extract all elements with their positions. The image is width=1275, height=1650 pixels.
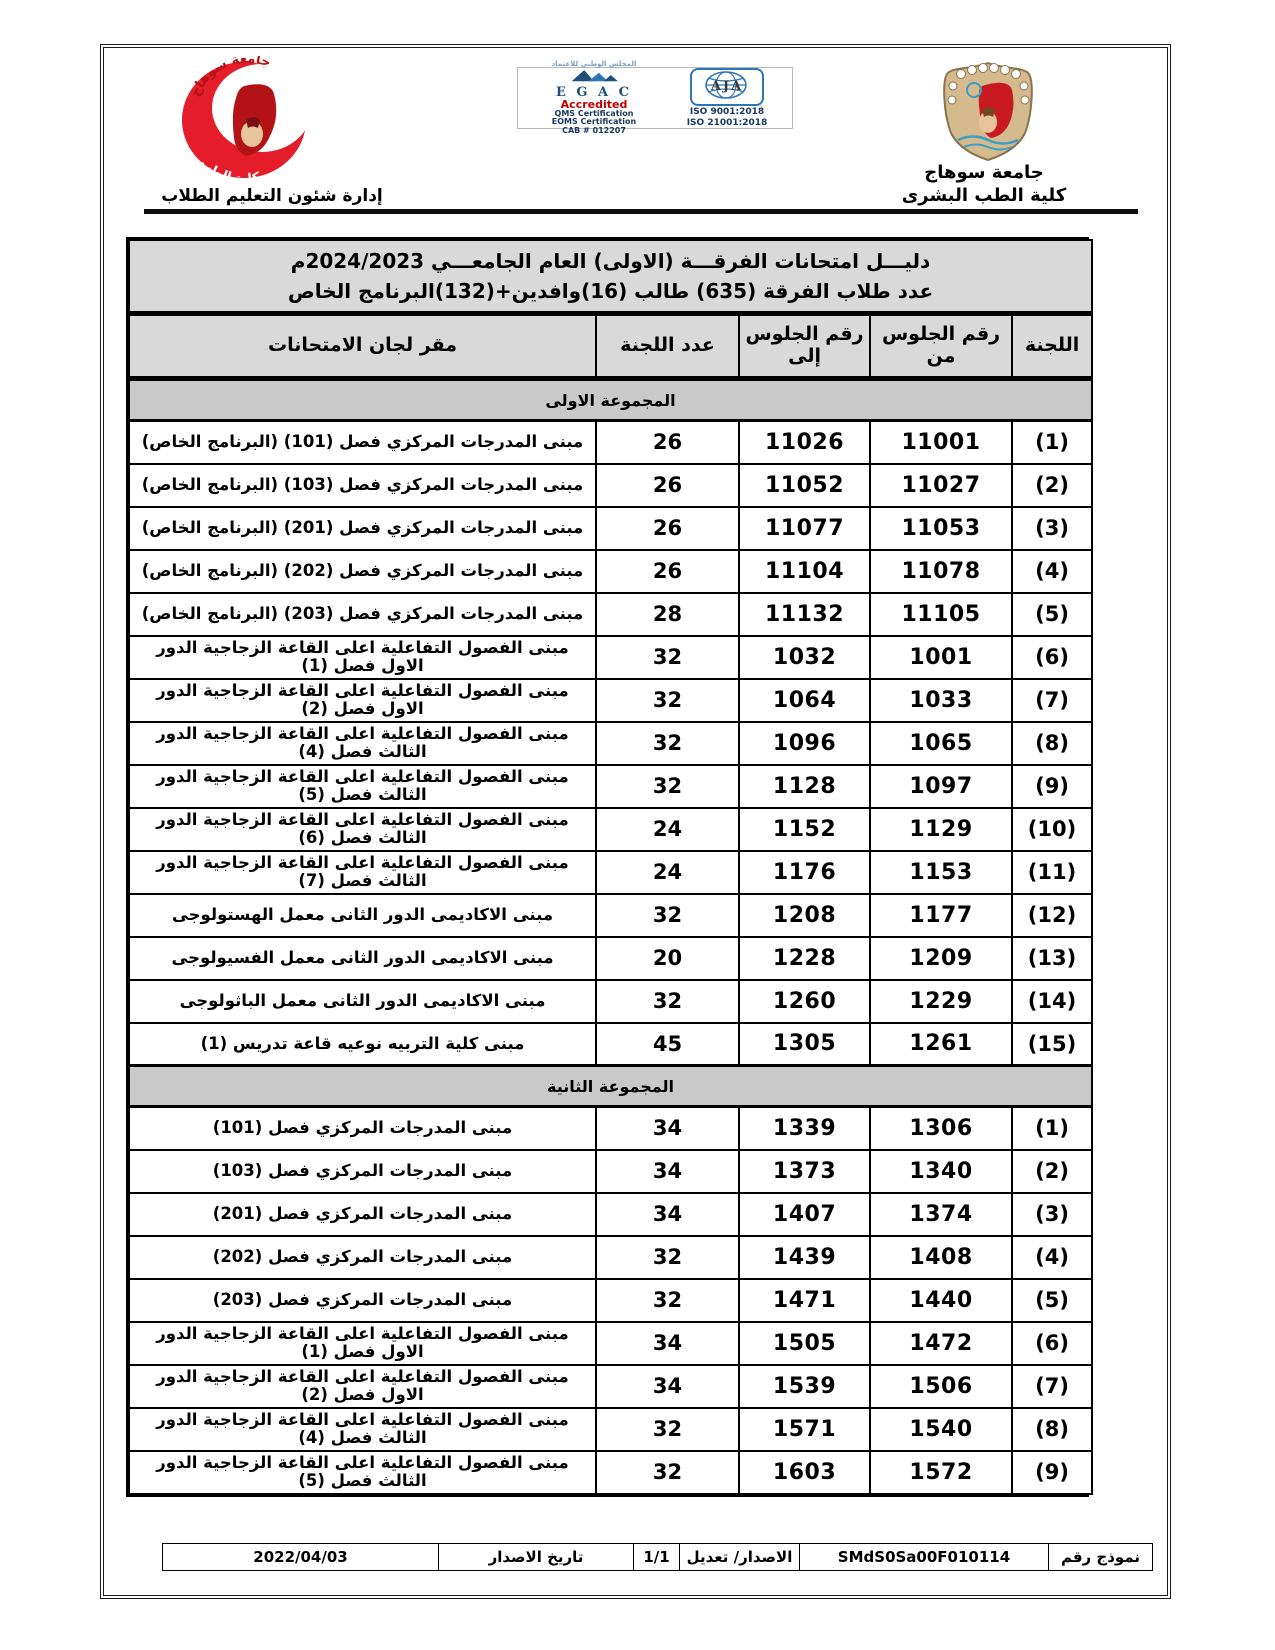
- count-cell: 32: [596, 894, 739, 937]
- seat-to-cell: 1032: [739, 636, 870, 679]
- col-committee: اللجنة: [1012, 314, 1092, 379]
- venue-cell: مبنى المدرجات المركزي فصل (101) (البرنام…: [129, 421, 596, 464]
- exam-guide-title: دليـــل امتحانات الفرقـــة (الاولى) العا…: [129, 240, 1092, 314]
- seat-from-cell: 1065: [870, 722, 1012, 765]
- exam-row: (2)1340137334مبنى المدرجات المركزي فصل (…: [129, 1150, 1092, 1193]
- committee-cell: (5): [1012, 1279, 1092, 1322]
- exam-row: (3)110531107726مبنى المدرجات المركزي فصل…: [129, 507, 1092, 550]
- seat-from-cell: 11053: [870, 507, 1012, 550]
- seat-to-cell: 1064: [739, 679, 870, 722]
- seat-from-cell: 1097: [870, 765, 1012, 808]
- col-venue: مقر لجان الامتحانات: [129, 314, 596, 379]
- accreditation-box: المجلس الوطني للاعتماد E G A C Accredite…: [517, 67, 793, 129]
- committee-cell: (1): [1012, 1107, 1092, 1150]
- venue-cell: مبنى كلية التربيه نوعيه قاعة تدريس (1): [129, 1023, 596, 1066]
- venue-cell: مبنى الفصول التفاعلية اعلى القاعة الزجاج…: [129, 679, 596, 722]
- exam-row: (11)1153117624مبنى الفصول التفاعلية اعلى…: [129, 851, 1092, 894]
- egac-logo: المجلس الوطني للاعتماد E G A C Accredite…: [524, 61, 664, 134]
- seat-to-cell: 1603: [739, 1451, 870, 1494]
- count-cell: 34: [596, 1365, 739, 1408]
- issue-label: الاصدار/ تعديل: [680, 1544, 800, 1571]
- committee-cell: (9): [1012, 765, 1092, 808]
- venue-cell: مبنى المدرجات المركزي فصل (202) (البرنام…: [129, 550, 596, 593]
- count-cell: 26: [596, 464, 739, 507]
- seat-to-cell: 1571: [739, 1408, 870, 1451]
- exam-row: (2)110271105226مبنى المدرجات المركزي فصل…: [129, 464, 1092, 507]
- committee-cell: (2): [1012, 464, 1092, 507]
- exam-row: (13)1209122820مبنى الاكاديمى الدور الثان…: [129, 937, 1092, 980]
- seat-to-cell: 1096: [739, 722, 870, 765]
- venue-cell: مبنى الاكاديمى الدور الثانى معمل الباثول…: [129, 980, 596, 1023]
- university-shield-logo-icon: [936, 60, 1040, 162]
- venue-cell: مبنى الفصول التفاعلية اعلى القاعة الزجاج…: [129, 851, 596, 894]
- document-page: { "header": { "department_label": "إدارة…: [0, 0, 1275, 1650]
- exam-row: (4)110781110426مبنى المدرجات المركزي فصل…: [129, 550, 1092, 593]
- university-text-block: جامعة سوهاج كلية الطب البشرى: [864, 162, 1104, 207]
- committee-cell: (14): [1012, 980, 1092, 1023]
- venue-cell: مبنى المدرجات المركزي فصل (201) (البرنام…: [129, 507, 596, 550]
- title-line1: دليـــل امتحانات الفرقـــة (الاولى) العا…: [133, 246, 1088, 276]
- seat-to-cell: 1439: [739, 1236, 870, 1279]
- committee-cell: (10): [1012, 808, 1092, 851]
- page-frame-inner: جامعة سوهاج كلية الطب إدارة شئون التعليم…: [103, 47, 1168, 1596]
- committee-cell: (1): [1012, 421, 1092, 464]
- exam-row: (3)1374140734مبنى المدرجات المركزي فصل (…: [129, 1193, 1092, 1236]
- seat-to-cell: 1176: [739, 851, 870, 894]
- group-title: المجموعة الاولى: [129, 379, 1092, 421]
- committee-cell: (8): [1012, 1408, 1092, 1451]
- committee-cell: (3): [1012, 507, 1092, 550]
- aja-name: AJA: [692, 80, 762, 94]
- venue-cell: مبنى الاكاديمى الدور الثانى معمل الفسيول…: [129, 937, 596, 980]
- aja-iso-line1: ISO 9001:2018: [668, 108, 786, 117]
- exam-row: (5)111051113228مبنى المدرجات المركزي فصل…: [129, 593, 1092, 636]
- seat-to-cell: 11052: [739, 464, 870, 507]
- venue-cell: مبنى المدرجات المركزي فصل (203): [129, 1279, 596, 1322]
- venue-cell: مبنى المدرجات المركزي فصل (101): [129, 1107, 596, 1150]
- committee-cell: (12): [1012, 894, 1092, 937]
- venue-cell: مبنى الفصول التفاعلية اعلى القاعة الزجاج…: [129, 1408, 596, 1451]
- count-cell: 32: [596, 1236, 739, 1279]
- committee-cell: (11): [1012, 851, 1092, 894]
- venue-cell: مبنى المدرجات المركزي فصل (103) (البرنام…: [129, 464, 596, 507]
- seat-to-cell: 1260: [739, 980, 870, 1023]
- venue-cell: مبنى المدرجات المركزي فصل (203) (البرنام…: [129, 593, 596, 636]
- egac-cert-line3: CAB # 012207: [524, 127, 664, 135]
- seat-to-cell: 11077: [739, 507, 870, 550]
- committee-cell: (9): [1012, 1451, 1092, 1494]
- header-divider: [144, 209, 1138, 214]
- title-line2: عدد طلاب الفرقة (635) طالب (16)وافدين+(1…: [133, 276, 1088, 306]
- seat-from-cell: 1540: [870, 1408, 1012, 1451]
- seat-to-cell: 11026: [739, 421, 870, 464]
- exam-row: (9)1097112832مبنى الفصول التفاعلية اعلى …: [129, 765, 1092, 808]
- exam-row: (7)1506153934مبنى الفصول التفاعلية اعلى …: [129, 1365, 1092, 1408]
- aja-logo: AJA ISO 9001:2018 ISO 21001:2018: [668, 68, 786, 129]
- faculty-crescent-logo-icon: جامعة سوهاج كلية الطب: [166, 56, 336, 184]
- venue-cell: مبنى المدرجات المركزي فصل (202): [129, 1236, 596, 1279]
- committee-cell: (4): [1012, 1236, 1092, 1279]
- seat-from-cell: 1229: [870, 980, 1012, 1023]
- seat-from-cell: 1129: [870, 808, 1012, 851]
- exam-guide-title-row: دليـــل امتحانات الفرقـــة (الاولى) العا…: [129, 240, 1092, 314]
- seat-from-cell: 1177: [870, 894, 1012, 937]
- seat-to-cell: 1373: [739, 1150, 870, 1193]
- issue-date-value: 2022/04/03: [163, 1544, 439, 1571]
- count-cell: 32: [596, 722, 739, 765]
- committee-cell: (7): [1012, 679, 1092, 722]
- venue-cell: مبنى الفصول التفاعلية اعلى القاعة الزجاج…: [129, 765, 596, 808]
- form-footer: نموذج رقم SMdS0Sa00F010114 الاصدار/ تعدي…: [162, 1543, 1153, 1571]
- venue-cell: مبنى الفصول التفاعلية اعلى القاعة الزجاج…: [129, 1451, 596, 1494]
- seat-to-cell: 1339: [739, 1107, 870, 1150]
- committee-cell: (13): [1012, 937, 1092, 980]
- seat-from-cell: 11027: [870, 464, 1012, 507]
- seat-to-cell: 1471: [739, 1279, 870, 1322]
- count-cell: 32: [596, 636, 739, 679]
- count-cell: 26: [596, 507, 739, 550]
- committee-cell: (5): [1012, 593, 1092, 636]
- count-cell: 45: [596, 1023, 739, 1066]
- column-header-row: اللجنة رقم الجلوس من رقم الجلوس إلى عدد …: [129, 314, 1092, 379]
- exam-table-body: المجموعة الاولى(1)110011102626مبنى المدر…: [129, 379, 1092, 1494]
- venue-cell: مبنى المدرجات المركزي فصل (103): [129, 1150, 596, 1193]
- committee-cell: (15): [1012, 1023, 1092, 1066]
- venue-cell: مبنى الفصول التفاعلية اعلى القاعة الزجاج…: [129, 808, 596, 851]
- seat-to-cell: 1305: [739, 1023, 870, 1066]
- venue-cell: مبنى الفصول التفاعلية اعلى القاعة الزجاج…: [129, 1365, 596, 1408]
- count-cell: 24: [596, 808, 739, 851]
- egac-arabic-tagline: المجلس الوطني للاعتماد: [524, 61, 664, 68]
- col-count: عدد اللجنة: [596, 314, 739, 379]
- exam-row: (4)1408143932مبنى المدرجات المركزي فصل (…: [129, 1236, 1092, 1279]
- seat-to-cell: 1505: [739, 1322, 870, 1365]
- exam-schedule-table: دليـــل امتحانات الفرقـــة (الاولى) العا…: [128, 239, 1093, 1495]
- committee-cell: (2): [1012, 1150, 1092, 1193]
- seat-from-cell: 1340: [870, 1150, 1012, 1193]
- faculty-name: كلية الطب البشرى: [864, 185, 1104, 208]
- count-cell: 26: [596, 421, 739, 464]
- committee-cell: (3): [1012, 1193, 1092, 1236]
- seat-to-cell: 11132: [739, 593, 870, 636]
- seat-to-cell: 1539: [739, 1365, 870, 1408]
- count-cell: 32: [596, 980, 739, 1023]
- exam-row: (5)1440147132مبنى المدرجات المركزي فصل (…: [129, 1279, 1092, 1322]
- col-seat-from: رقم الجلوس من: [870, 314, 1012, 379]
- group-title: المجموعة الثانية: [129, 1066, 1092, 1107]
- count-cell: 32: [596, 1279, 739, 1322]
- committee-cell: (6): [1012, 1322, 1092, 1365]
- count-cell: 34: [596, 1193, 739, 1236]
- form-no-label: نموذج رقم: [1049, 1544, 1153, 1571]
- seat-to-cell: 1152: [739, 808, 870, 851]
- exam-row: (10)1129115224مبنى الفصول التفاعلية اعلى…: [129, 808, 1092, 851]
- exam-row: (12)1177120832مبنى الاكاديمى الدور الثان…: [129, 894, 1092, 937]
- seat-from-cell: 1472: [870, 1322, 1012, 1365]
- university-name: جامعة سوهاج: [864, 162, 1104, 185]
- venue-cell: مبنى الاكاديمى الدور الثانى معمل الهستول…: [129, 894, 596, 937]
- venue-cell: مبنى الفصول التفاعلية اعلى القاعة الزجاج…: [129, 1322, 596, 1365]
- exam-row: (15)1261130545مبنى كلية التربيه نوعيه قا…: [129, 1023, 1092, 1066]
- venue-cell: مبنى الفصول التفاعلية اعلى القاعة الزجاج…: [129, 722, 596, 765]
- count-cell: 32: [596, 765, 739, 808]
- seat-from-cell: 1033: [870, 679, 1012, 722]
- seat-from-cell: 1209: [870, 937, 1012, 980]
- seat-to-cell: 1228: [739, 937, 870, 980]
- page-frame: جامعة سوهاج كلية الطب إدارة شئون التعليم…: [100, 44, 1171, 1599]
- egac-name: E G A C: [524, 86, 664, 99]
- seat-from-cell: 1506: [870, 1365, 1012, 1408]
- committee-cell: (4): [1012, 550, 1092, 593]
- aja-iso-line2: ISO 21001:2018: [668, 119, 786, 128]
- exam-row: (14)1229126032مبنى الاكاديمى الدور الثان…: [129, 980, 1092, 1023]
- group-header-row: المجموعة الثانية: [129, 1066, 1092, 1107]
- egac-mountains-icon: [566, 68, 622, 82]
- count-cell: 26: [596, 550, 739, 593]
- exam-row: (1)1306133934مبنى المدرجات المركزي فصل (…: [129, 1107, 1092, 1150]
- seat-to-cell: 11104: [739, 550, 870, 593]
- exam-table-frame: دليـــل امتحانات الفرقـــة (الاولى) العا…: [126, 237, 1089, 1497]
- group-header-row: المجموعة الاولى: [129, 379, 1092, 421]
- seat-from-cell: 11078: [870, 550, 1012, 593]
- committee-cell: (8): [1012, 722, 1092, 765]
- seat-from-cell: 1153: [870, 851, 1012, 894]
- exam-row: (6)1472150534مبنى الفصول التفاعلية اعلى …: [129, 1322, 1092, 1365]
- exam-row: (9)1572160332مبنى الفصول التفاعلية اعلى …: [129, 1451, 1092, 1494]
- committee-cell: (7): [1012, 1365, 1092, 1408]
- exam-row: (8)1065109632مبنى الفصول التفاعلية اعلى …: [129, 722, 1092, 765]
- exam-row: (1)110011102626مبنى المدرجات المركزي فصل…: [129, 421, 1092, 464]
- form-footer-table: نموذج رقم SMdS0Sa00F010114 الاصدار/ تعدي…: [162, 1543, 1153, 1571]
- issue-date-label: تاريخ الاصدار: [439, 1544, 634, 1571]
- seat-to-cell: 1208: [739, 894, 870, 937]
- seat-to-cell: 1407: [739, 1193, 870, 1236]
- seat-from-cell: 1374: [870, 1193, 1012, 1236]
- issue-value: 1/1: [634, 1544, 680, 1571]
- exam-row: (7)1033106432مبنى الفصول التفاعلية اعلى …: [129, 679, 1092, 722]
- count-cell: 34: [596, 1107, 739, 1150]
- department-label: إدارة شئون التعليم الطلاب: [152, 186, 392, 206]
- exam-row: (6)1001103232مبنى الفصول التفاعلية اعلى …: [129, 636, 1092, 679]
- exam-row: (8)1540157132مبنى الفصول التفاعلية اعلى …: [129, 1408, 1092, 1451]
- col-seat-to: رقم الجلوس إلى: [739, 314, 870, 379]
- count-cell: 28: [596, 593, 739, 636]
- seat-to-cell: 1128: [739, 765, 870, 808]
- count-cell: 24: [596, 851, 739, 894]
- seat-from-cell: 11001: [870, 421, 1012, 464]
- seat-from-cell: 1440: [870, 1279, 1012, 1322]
- count-cell: 32: [596, 1451, 739, 1494]
- aja-globe-icon: AJA: [690, 68, 764, 106]
- count-cell: 20: [596, 937, 739, 980]
- seat-from-cell: 1001: [870, 636, 1012, 679]
- count-cell: 34: [596, 1150, 739, 1193]
- seat-from-cell: 11105: [870, 593, 1012, 636]
- seat-from-cell: 1261: [870, 1023, 1012, 1066]
- seat-from-cell: 1306: [870, 1107, 1012, 1150]
- count-cell: 34: [596, 1322, 739, 1365]
- count-cell: 32: [596, 679, 739, 722]
- form-no-value: SMdS0Sa00F010114: [800, 1544, 1049, 1571]
- count-cell: 32: [596, 1408, 739, 1451]
- seat-from-cell: 1408: [870, 1236, 1012, 1279]
- seat-from-cell: 1572: [870, 1451, 1012, 1494]
- venue-cell: مبنى الفصول التفاعلية اعلى القاعة الزجاج…: [129, 636, 596, 679]
- venue-cell: مبنى المدرجات المركزي فصل (201): [129, 1193, 596, 1236]
- committee-cell: (6): [1012, 636, 1092, 679]
